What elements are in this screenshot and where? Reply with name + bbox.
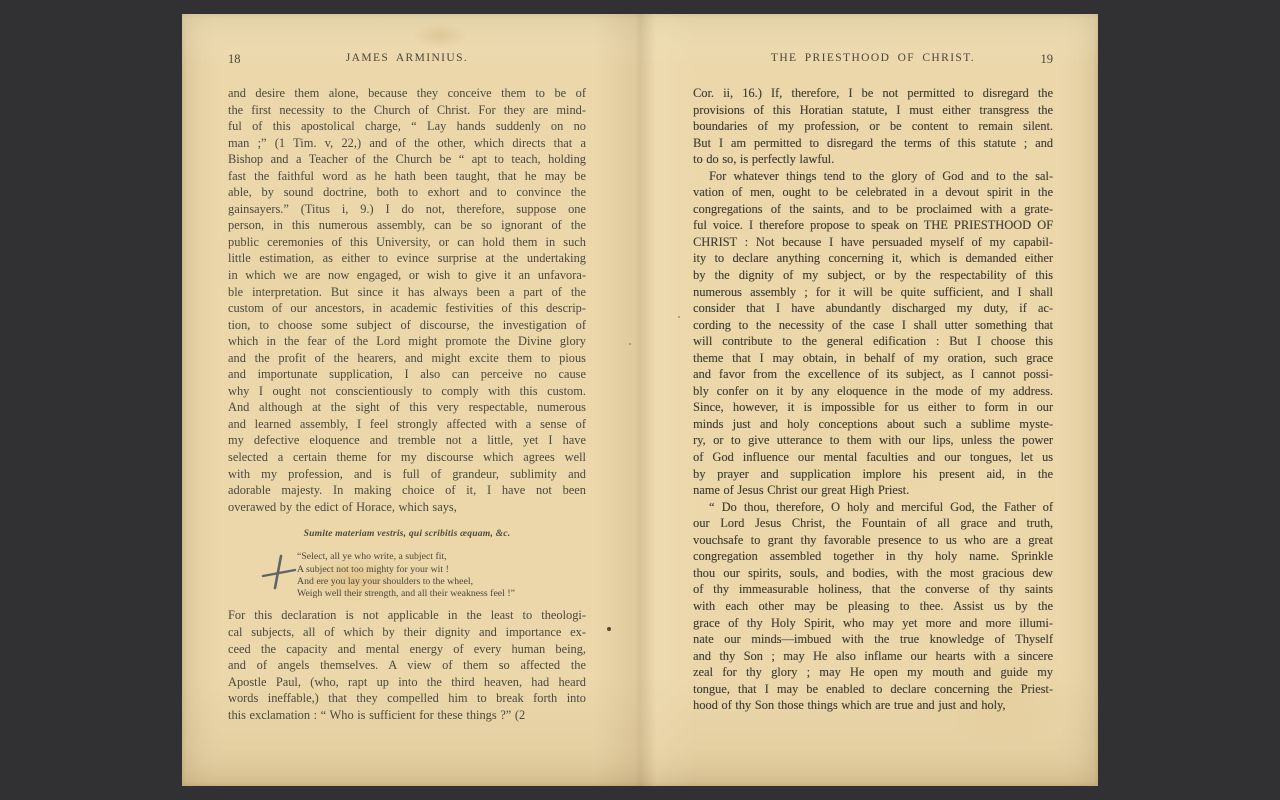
paragraph: For this declaration is not applicable i… — [228, 607, 586, 723]
text-line: in which we are now engaged, or wish to … — [228, 267, 586, 284]
text-line: bly confer on it by any eloquence in the… — [693, 383, 1053, 400]
text-line: numerous assembly ; for it will be quite… — [693, 284, 1053, 301]
latin-epigraph: Sumite materiam vestris, qui scribitis æ… — [228, 528, 586, 539]
text-line: vouchsafe to grant thy favorable presenc… — [693, 532, 1053, 549]
paragraph-prayer: “ Do thou, therefore, O holy and mercifu… — [693, 499, 1053, 714]
text-line: ceed the capacity and mental energy of e… — [228, 641, 586, 658]
text-line: “Select, all ye who write, a subject fit… — [297, 551, 586, 563]
text-line: which in the fear of the Lord might prom… — [228, 333, 586, 350]
text-line: by prayer and supplication implore his p… — [693, 466, 1053, 483]
text-line: Bishop and a Teacher of the Church be “ … — [228, 151, 586, 168]
text-line: congregations of the saints, and to be p… — [693, 201, 1053, 218]
text-line: tongue, that I may be enabled to declare… — [693, 681, 1053, 698]
text-line: name of Jesus Christ our great High Prie… — [693, 482, 1053, 499]
page-header-left: 18 JAMES ARMINIUS. — [228, 52, 586, 68]
text-line: gainsayers.” (Titus i, 9.) I do not, the… — [228, 201, 586, 218]
text-line: grace of thy Holy Spirit, who may yet mo… — [693, 615, 1053, 632]
page-right: THE PRIESTHOOD OF CHRIST. 19 Cor. ii, 16… — [693, 14, 1053, 786]
text-line: “ Do thou, therefore, O holy and mercifu… — [693, 499, 1053, 516]
text-line: man ;” (1 Tim. v, 22,) and of the other,… — [228, 135, 586, 152]
text-line: nate our minds—imbued with the true know… — [693, 631, 1053, 648]
text-line: and of angels themselves. A view of them… — [228, 657, 586, 674]
text-line: why I ought not conscientiously to compl… — [228, 383, 586, 400]
text-line: provisions of this Horatian statute, I m… — [693, 102, 1053, 119]
text-line: tion, to choose some subject of discours… — [228, 317, 586, 334]
text-line: and thy Son ; may He also inflame our he… — [693, 648, 1053, 665]
text-line: words ineffable,) that they compelled hi… — [228, 690, 586, 707]
text-line: ry, or to give utterance to them with ou… — [693, 432, 1053, 449]
text-line: ful voice. I therefore propose to speak … — [693, 217, 1053, 234]
text-line: congregation assembled together in thy h… — [693, 548, 1053, 565]
text-line: to do so, is perfectly lawful. — [693, 151, 1053, 168]
text-line: For this declaration is not applicable i… — [228, 607, 586, 624]
text-line: fast the faithful word as he hath been t… — [228, 168, 586, 185]
text-line: will contribute to the general edificati… — [693, 333, 1053, 350]
text-line: of God influence our mental faculties an… — [693, 449, 1053, 466]
text-line: overawed by the edict of Horace, which s… — [228, 499, 586, 516]
text-line: theme that I may obtain, in behalf of my… — [693, 350, 1053, 367]
running-header-left: JAMES ARMINIUS. — [228, 52, 586, 64]
text-line: selected a certain theme for my discours… — [228, 449, 586, 466]
text-line: ful of this apostolical charge, “ Lay ha… — [228, 118, 586, 135]
text-line: and the profit of the hearers, and might… — [228, 350, 586, 367]
text-line: A subject not too mighty for your wit ! — [297, 564, 586, 576]
text-line: of thy immeasurable holiness, that the c… — [693, 581, 1053, 598]
text-line: the first necessity to the Church of Chr… — [228, 102, 586, 119]
pencil-cross-mark — [260, 553, 298, 591]
text-line: And although at the sight of this very r… — [228, 399, 586, 416]
text-line: cording to the necessity of the case I s… — [693, 317, 1053, 334]
text-line: consider that I have abundantly discharg… — [693, 300, 1053, 317]
text-line: able, by sound doctrine, both to exhort … — [228, 184, 586, 201]
page-body-right: Cor. ii, 16.) If, therefore, I be not pe… — [693, 85, 1053, 714]
running-header-right: THE PRIESTHOOD OF CHRIST. — [693, 52, 1053, 64]
text-line: little estimation, as either to evince s… — [228, 250, 586, 267]
paragraph: For whatever things tend to the glory of… — [693, 168, 1053, 499]
text-line: and importunate supplication, I also can… — [228, 366, 586, 383]
text-line: But I am permitted to disregard the term… — [693, 135, 1053, 152]
text-line: and favor from the excellence of its sub… — [693, 366, 1053, 383]
text-line: For whatever things tend to the glory of… — [693, 168, 1053, 185]
ink-speck — [629, 343, 631, 345]
text-line: hood of thy Son those things which are t… — [693, 697, 1053, 714]
text-line: vation of men, ought to be celebrated in… — [693, 184, 1053, 201]
ink-speck — [678, 316, 680, 318]
text-line: Cor. ii, 16.) If, therefore, I be not pe… — [693, 85, 1053, 102]
text-line: this exclamation : “ Who is sufficient f… — [228, 707, 586, 724]
text-line: zeal for thy glory ; may He open my mout… — [693, 664, 1053, 681]
verse-quotation: “Select, all ye who write, a subject fit… — [297, 551, 586, 600]
text-line: public ceremonies of this University, or… — [228, 234, 586, 251]
text-line: and learned assembly, I feel strongly af… — [228, 416, 586, 433]
text-line: CHRIST : Not because I have persuaded my… — [693, 234, 1053, 251]
text-line: by the dignity of my subject, or by the … — [693, 267, 1053, 284]
paragraph-continuation: and desire them alone, because they conc… — [228, 85, 586, 515]
page-body-left: and desire them alone, because they conc… — [228, 85, 586, 723]
text-line: boundaries of my profession, or be conte… — [693, 118, 1053, 135]
text-line: Since, however, it is impossible for us … — [693, 399, 1053, 416]
text-line: and desire them alone, because they conc… — [228, 85, 586, 102]
ink-speck — [607, 627, 611, 631]
text-line: person, in this numerous assembly, can b… — [228, 217, 586, 234]
page-left: 18 JAMES ARMINIUS. and desire them alone… — [228, 14, 586, 786]
text-line: And ere you lay your shoulders to the wh… — [297, 576, 586, 588]
text-line: my defective eloquence and tremble not a… — [228, 432, 586, 449]
book-page-spread[interactable]: 18 JAMES ARMINIUS. and desire them alone… — [182, 14, 1098, 786]
text-line: custom of our ancestors, in academic fes… — [228, 300, 586, 317]
text-line: minds just and holy conceptions about su… — [693, 416, 1053, 433]
text-line: thou our spirits, souls, and bodies, wit… — [693, 565, 1053, 582]
text-line: our Lord Jesus Christ, the Fountain of a… — [693, 515, 1053, 532]
text-line: cal subjects, all of which by their dign… — [228, 624, 586, 641]
text-line: Weigh well their strength, and all their… — [297, 588, 586, 600]
text-line: with my profession, and is full of grand… — [228, 466, 586, 483]
viewer-background: 18 JAMES ARMINIUS. and desire them alone… — [0, 0, 1280, 800]
text-line: ity to declare anything concerning it, w… — [693, 250, 1053, 267]
page-header-right: THE PRIESTHOOD OF CHRIST. 19 — [693, 52, 1053, 68]
text-line: Apostle Paul, (who, rapt up into the thi… — [228, 674, 586, 691]
paragraph-continuation: Cor. ii, 16.) If, therefore, I be not pe… — [693, 85, 1053, 168]
text-line: adorable majesty. In making choice of it… — [228, 482, 586, 499]
page-number-right: 19 — [1041, 52, 1054, 67]
text-line: ble interpretation. But since it has alw… — [228, 284, 586, 301]
text-line: with each other may be pleasing to thee.… — [693, 598, 1053, 615]
